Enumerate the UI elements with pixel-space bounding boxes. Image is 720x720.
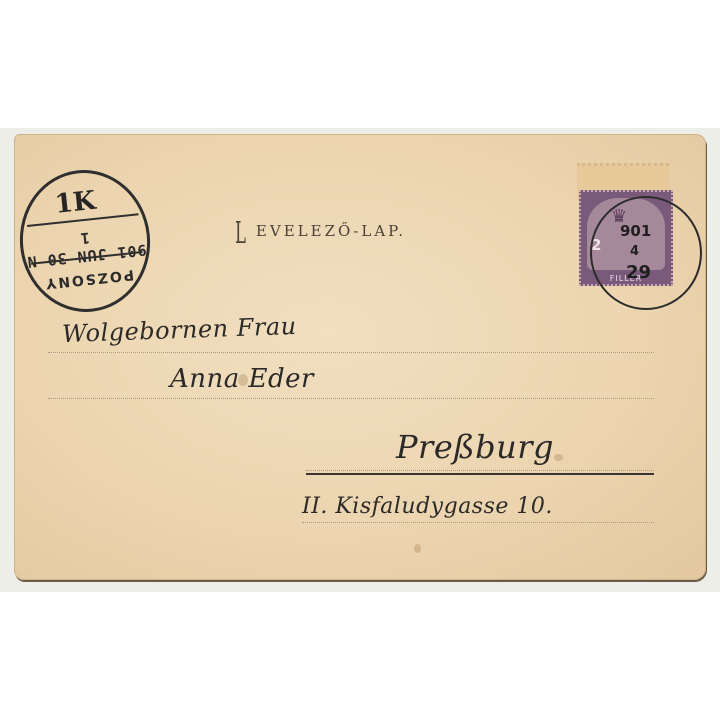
title-rest: EVELEZŐ-LAP. [256, 222, 406, 240]
postmark-right: 901 4 29 [590, 196, 702, 310]
card-title: LEVELEZŐ-LAP. [235, 222, 406, 244]
address-line-2 [48, 398, 654, 399]
title-initial: L [235, 224, 248, 244]
postmark-date: 901 JUN 30 N 1 [22, 223, 149, 272]
stain [414, 544, 421, 553]
address-line-1 [48, 352, 654, 353]
city-underline [306, 473, 654, 475]
address-line-3 [306, 470, 654, 471]
recipient-street: II. Kisfaludygasse 10. [302, 494, 553, 519]
recipient-city: Preßburg [396, 428, 554, 466]
postmark-number: 29 [626, 262, 651, 283]
address-line-4 [302, 522, 654, 523]
postmark-day: 4 [630, 244, 639, 259]
postmark-year: 901 [620, 222, 651, 240]
stain [554, 454, 563, 461]
postmark-mark: 1K [53, 186, 97, 220]
recipient-name: Anna Eder [170, 364, 314, 394]
